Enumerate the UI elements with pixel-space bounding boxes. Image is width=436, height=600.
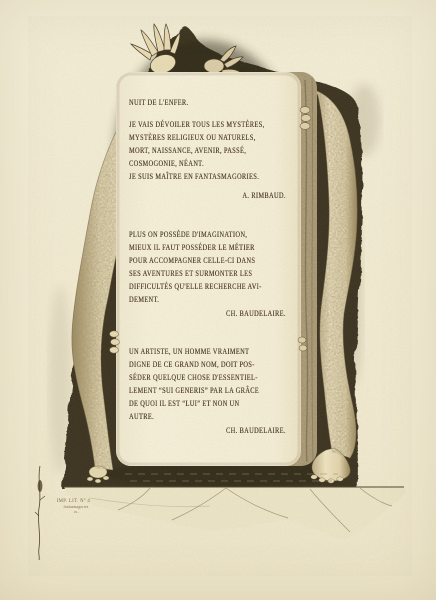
quote-line: DIFFICULTÉS QU'ELLE RECHERCHE AVI- (129, 280, 249, 293)
quote-line: JE SUIS MAÎTRE EN FANTASMAGORIES. (129, 170, 249, 183)
attribution-rimbaud: A. RIMBAUD. (171, 189, 291, 202)
quote-line: DEMENT. (129, 293, 249, 306)
quote-line: NUIT DE L'ENFER. (129, 96, 249, 109)
attribution-baudelaire-1: CH. BAUDELAIRE. (171, 307, 291, 320)
caption-line: IMP. LIT. Nº 4 (44, 498, 103, 505)
quote-line: DIGNE DE CE GRAND NOM, DOIT POS- (129, 358, 249, 371)
attribution-baudelaire-2: CH. BAUDELAIRE. (171, 424, 291, 437)
quote-line: UN ARTISTE, UN HOMME VRAIMENT (129, 345, 249, 358)
quote-line: MYSTÈRES RELIGIEUX OU NATURELS, (129, 131, 249, 144)
quote-block-baudelaire-1: PLUS ON POSSÈDE D'IMAGINATION, MIEUX IL … (129, 228, 291, 320)
quote-line: AUTRE. (129, 410, 249, 423)
quote-block-baudelaire-2: UN ARTISTE, UN HOMME VRAIMENT DIGNE DE C… (129, 345, 291, 437)
caption-line: 19.. (44, 510, 108, 515)
quote-line: MORT, NAISSANCE, AVENIR, PASSÉ, (129, 144, 249, 157)
quote-line: POUR ACCOMPAGNER CELLE-CI DANS (129, 254, 249, 267)
quote-line: LEMENT “SUI GENERIS” PAR LA GRÂCE (129, 384, 249, 397)
art-print-page: NUIT DE L'ENFER. JE VAIS DÉVOILER TOUS L… (0, 0, 436, 600)
quote-line: DE QUOI IL EST “LUI” ET NON UN (129, 397, 249, 410)
quote-line: SES AVENTURES ET SURMONTER LES (129, 267, 249, 280)
quote-line: PLUS ON POSSÈDE D'IMAGINATION, (129, 228, 249, 241)
quote-block-rimbaud: NUIT DE L'ENFER. JE VAIS DÉVOILER TOUS L… (129, 96, 291, 202)
quote-line: COSMOGONIE, NÉANT. (129, 157, 249, 170)
printers-caption: IMP. LIT. Nº 4 fantasmagories 19.. (44, 498, 108, 515)
quote-line: JE VAIS DÉVOILER TOUS LES MYSTÈRES, (129, 118, 249, 131)
quote-line: MIEUX IL FAUT POSSÉDER LE MÉTIER (129, 241, 249, 254)
quote-line: SÉDER QUELQUE CHOSE D'ESSENTIEL- (129, 371, 249, 384)
